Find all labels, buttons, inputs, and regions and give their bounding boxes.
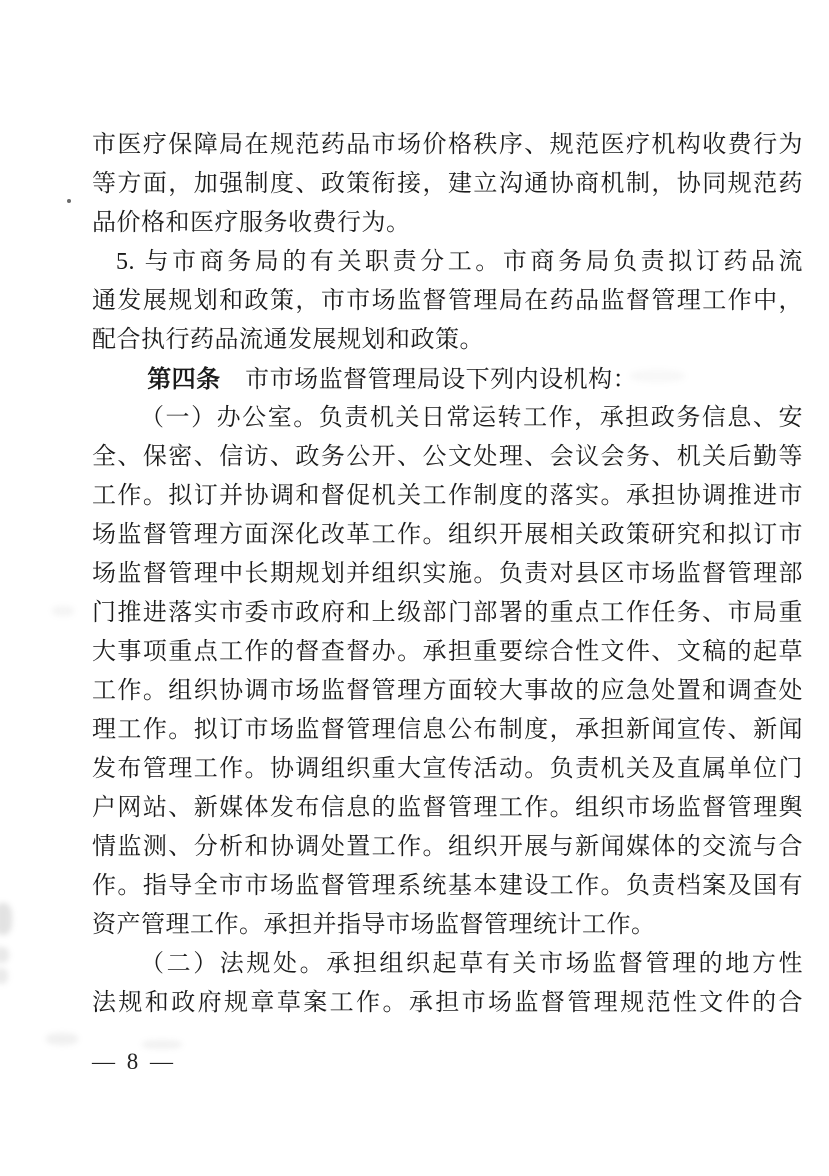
article-heading-bold: 第四条 — [147, 366, 221, 393]
text-run: 市市场监督管理局设下列内设机构： — [221, 367, 638, 393]
text-line: 资产管理工作。承担并指导市场监督管理统计工作。 — [92, 906, 803, 945]
text-line: 通发展规划和政策，市市场监督管理局在药品监督管理工作中， — [92, 282, 803, 321]
page-footer: — 8 — — [92, 1043, 176, 1081]
text-line: 全、保密、信访、政务公开、公文处理、会议会务、机关后勤等 — [92, 438, 803, 477]
text-line: 情监测、分析和协调处置工作。组织开展与新闻媒体的交流与合 — [92, 828, 803, 867]
text-line: 发布管理工作。协调组织重大宣传活动。负责机关及直属单位门 — [92, 750, 803, 789]
scan-smudge-artifact — [0, 968, 8, 984]
scan-smudge-artifact — [0, 903, 12, 935]
scan-speck-artifact — [67, 199, 71, 203]
text-line: （一）办公室。负责机关日常运转工作，承担政务信息、安 — [92, 399, 803, 438]
text-line: 大事项重点工作的督查督办。承担重要综合性文件、文稿的起草 — [92, 633, 803, 672]
text-line: 市医疗保障局在规范药品市场价格秩序、规范医疗机构收费行为 — [92, 126, 803, 165]
text-line: 品价格和医疗服务收费行为。 — [92, 204, 803, 243]
text-line: 第四条 市市场监督管理局设下列内设机构： — [92, 360, 803, 399]
text-line: （二）法规处。承担组织起草有关市场监督管理的地方性 — [92, 945, 803, 984]
text-line: 配合执行药品流通发展规划和政策。 — [92, 321, 803, 360]
text-line: 场监督管理中长期规划并组织实施。负责对县区市场监督管理部 — [92, 555, 803, 594]
text-line: 理工作。拟订市场监督管理信息公布制度，承担新闻宣传、新闻 — [92, 711, 803, 750]
text-line: 工作。拟订并协调和督促机关工作制度的落实。承担协调推进市 — [92, 477, 803, 516]
text-line: 户网站、新媒体发布信息的监督管理工作。组织市场监督管理舆 — [92, 789, 803, 828]
text-line: 等方面，加强制度、政策衔接，建立沟通协商机制，协同规范药 — [92, 165, 803, 204]
paragraph: 第四条 市市场监督管理局设下列内设机构： — [92, 360, 803, 399]
scan-smudge-artifact — [52, 606, 74, 616]
text-line: 5. 与市商务局的有关职责分工。市商务局负责拟订药品流 — [92, 243, 803, 282]
text-line: 作。指导全市市场监督管理系统基本建设工作。负责档案及国有 — [92, 867, 803, 906]
paragraph: （一）办公室。负责机关日常运转工作，承担政务信息、安全、保密、信访、政务公开、公… — [92, 399, 803, 945]
text-line: 场监督管理方面深化改革工作。组织开展相关政策研究和拟订市 — [92, 516, 803, 555]
paragraph: （二）法规处。承担组织起草有关市场监督管理的地方性法规和政府规章草案工作。承担市… — [92, 945, 803, 1023]
text-line: 门推进落实市委市政府和上级部门部署的重点工作任务、市局重 — [92, 594, 803, 633]
text-line: 工作。组织协调市场监督管理方面较大事故的应急处置和调查处 — [92, 672, 803, 711]
paragraph: 5. 与市商务局的有关职责分工。市商务局负责拟订药品流通发展规划和政策，市市场监… — [92, 243, 803, 360]
paragraph: 市医疗保障局在规范药品市场价格秩序、规范医疗机构收费行为等方面，加强制度、政策衔… — [92, 126, 803, 243]
page-number: — 8 — — [92, 1049, 176, 1074]
document-body: 市医疗保障局在规范药品市场价格秩序、规范医疗机构收费行为等方面，加强制度、政策衔… — [92, 126, 803, 1023]
document-page: 市医疗保障局在规范药品市场价格秩序、规范医疗机构收费行为等方面，加强制度、政策衔… — [0, 0, 829, 1176]
scan-smudge-artifact — [46, 1033, 78, 1045]
text-line: 法规和政府规章草案工作。承担市场监督管理规范性文件的合 — [92, 984, 803, 1023]
scan-smudge-artifact — [0, 947, 9, 963]
